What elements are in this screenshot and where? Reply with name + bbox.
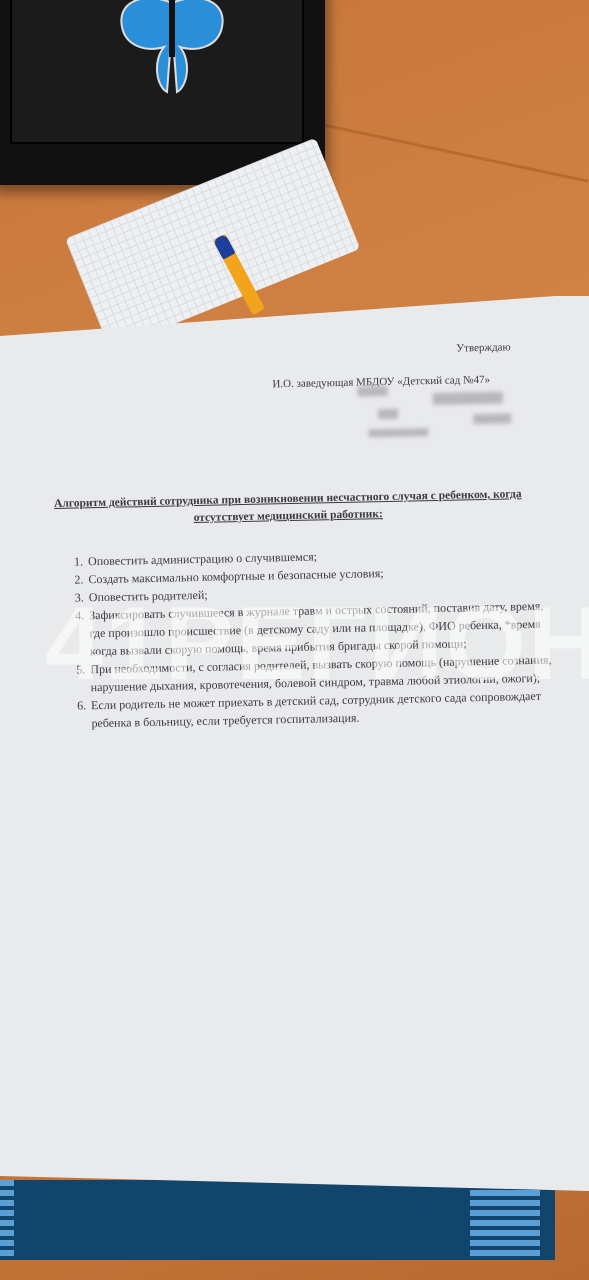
- redacted-date: [473, 413, 511, 424]
- desk-edge: [294, 0, 589, 183]
- book: [0, 1180, 555, 1260]
- redacted-date: [368, 428, 428, 437]
- redacted-signature: [357, 386, 387, 397]
- approval-label: Утверждаю: [456, 341, 511, 354]
- redacted-signature: [378, 409, 398, 419]
- document-paper: Утверждаю И.О. заведующая МБДОУ «Детский…: [0, 296, 589, 1196]
- butterfly-icon: [112, 0, 232, 102]
- redacted-name: [433, 392, 503, 405]
- document: Утверждаю И.О. заведующая МБДОУ «Детский…: [0, 290, 589, 1202]
- watermark: 41РЕГИОН: [45, 585, 589, 704]
- document-title: Алгоритм действий сотрудника при возникн…: [53, 486, 524, 530]
